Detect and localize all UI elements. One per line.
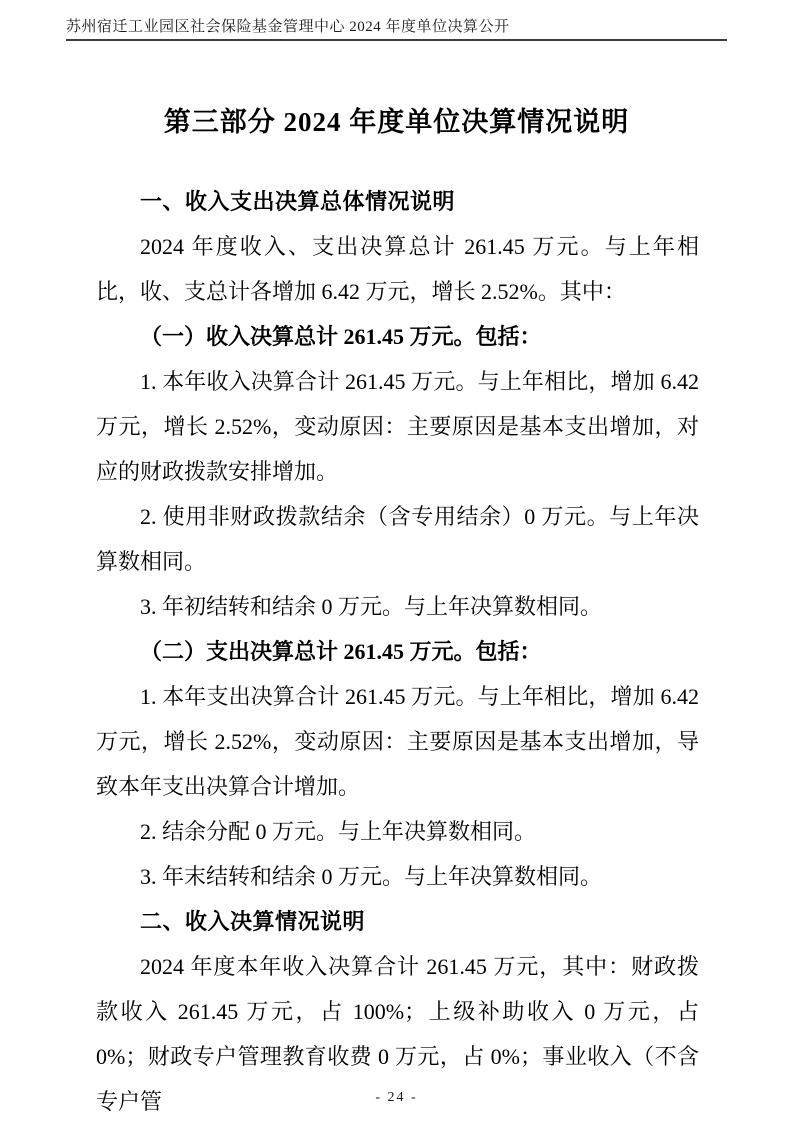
- document-title: 第三部分 2024 年度单位决算情况说明: [40, 103, 753, 141]
- document-body: 一、收入支出决算总体情况说明2024 年度收入、支出决算总计 261.45 万元…: [96, 179, 699, 1122]
- body-paragraph: 3. 年初结转和结余 0 万元。与上年决算数相同。: [96, 584, 699, 629]
- page-header: 苏州宿迁工业园区社会保险基金管理中心 2024 年度单位决算公开: [66, 0, 727, 41]
- section-heading: （一）收入决算总计 261.45 万元。包括：: [96, 314, 699, 359]
- section-heading: 一、收入支出决算总体情况说明: [96, 179, 699, 224]
- body-paragraph: 2. 结余分配 0 万元。与上年决算数相同。: [96, 809, 699, 854]
- header-rule: [66, 39, 727, 41]
- page-footer: - 24 -: [0, 1088, 793, 1106]
- section-heading: （二）支出决算总计 261.45 万元。包括：: [96, 629, 699, 674]
- body-paragraph: 1. 本年支出决算合计 261.45 万元。与上年相比，增加 6.42 万元，增…: [96, 674, 699, 809]
- body-paragraph: 2024 年度收入、支出决算总计 261.45 万元。与上年相比，收、支总计各增…: [96, 224, 699, 314]
- section-heading: 二、收入决算情况说明: [96, 899, 699, 944]
- document-page: 苏州宿迁工业园区社会保险基金管理中心 2024 年度单位决算公开 第三部分 20…: [0, 0, 793, 1122]
- body-paragraph: 2. 使用非财政拨款结余（含专用结余）0 万元。与上年决算数相同。: [96, 494, 699, 584]
- body-paragraph: 1. 本年收入决算合计 261.45 万元。与上年相比，增加 6.42 万元，增…: [96, 359, 699, 494]
- body-paragraph: 3. 年末结转和结余 0 万元。与上年决算数相同。: [96, 854, 699, 899]
- header-text: 苏州宿迁工业园区社会保险基金管理中心 2024 年度单位决算公开: [66, 16, 727, 38]
- page-number: - 24 -: [375, 1090, 417, 1105]
